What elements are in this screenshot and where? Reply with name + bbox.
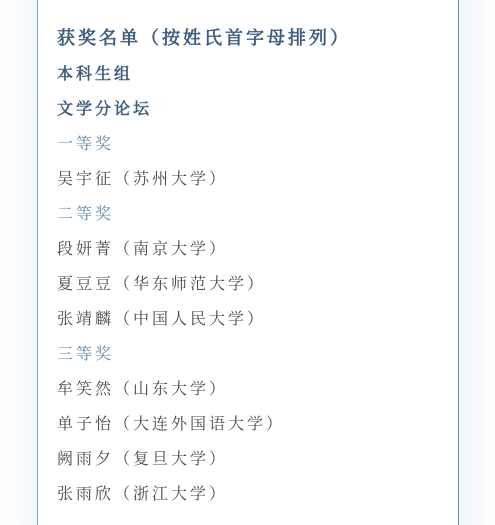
forum-heading: 文学分论坛 (57, 99, 351, 119)
prize-level-first: 一等奖 (57, 134, 351, 154)
winner-entry: 吴宇征（苏州大学） (57, 169, 351, 189)
winner-entry: 阙雨夕（复旦大学） (57, 449, 351, 469)
prize-level-second: 二等奖 (57, 204, 351, 224)
prize-level-third: 三等奖 (57, 344, 351, 364)
award-list-title: 获奖名单（按姓氏首字母排列） (57, 28, 351, 50)
page-margin-right (459, 0, 495, 525)
winner-entry: 段妍菁（南京大学） (57, 239, 351, 259)
winner-entry: 单子怡（大连外国语大学） (57, 414, 351, 434)
winner-entry: 夏豆豆（华东师范大学） (57, 274, 351, 294)
award-list: 获奖名单（按姓氏首字母排列） 本科生组 文学分论坛 一等奖 吴宇征（苏州大学） … (57, 28, 351, 519)
group-heading: 本科生组 (57, 64, 351, 84)
winner-entry: 张雨欣（浙江大学） (57, 484, 351, 504)
winner-entry: 牟笑然（山东大学） (57, 379, 351, 399)
page-margin-left (0, 0, 37, 525)
winner-entry: 张靖麟（中国人民大学） (57, 309, 351, 329)
